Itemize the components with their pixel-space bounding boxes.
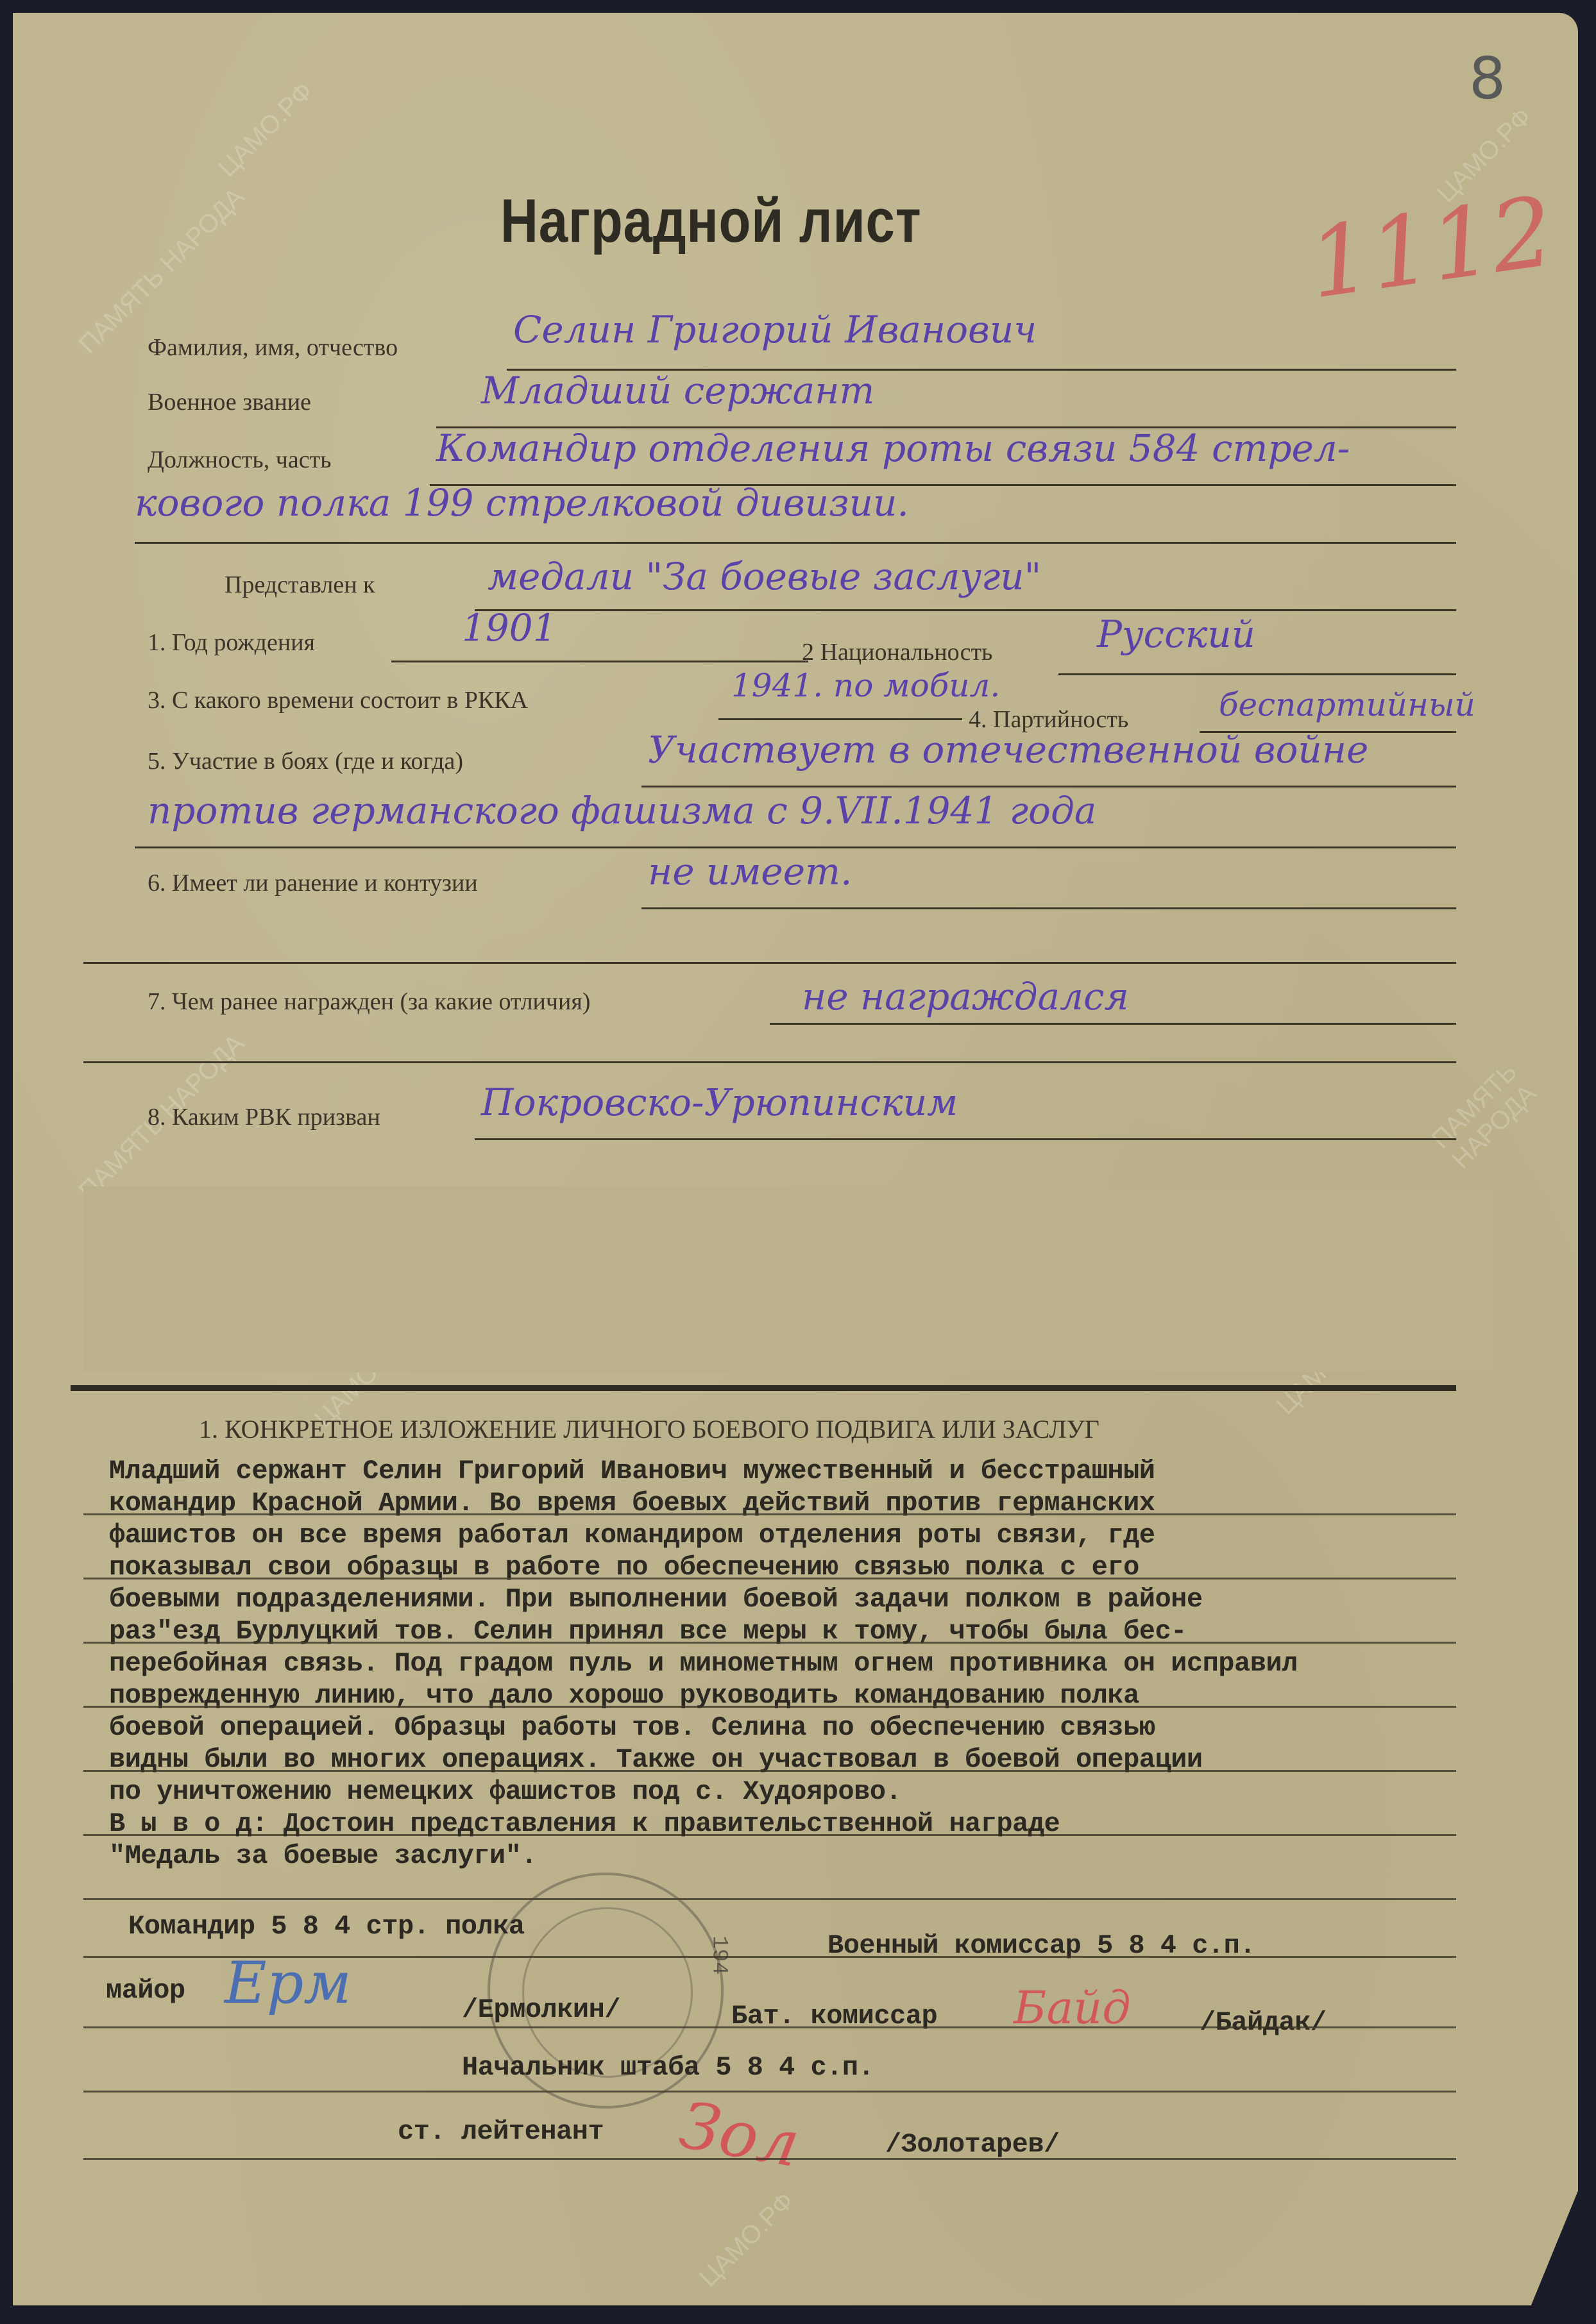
ruled-line xyxy=(83,1578,1456,1579)
label-rkka-since: 3. С какого времени состоит в РККА xyxy=(148,686,528,714)
redacted-area xyxy=(83,1186,1495,1372)
commander-title: Командир 5 8 4 стр. полка xyxy=(128,1911,525,1942)
typed-line: боевой операцией. Образцы работы тов. Се… xyxy=(109,1712,1155,1743)
seal-year: 194 xyxy=(707,1935,731,1975)
value-rkka-since: 1941. по мобил. xyxy=(731,667,1000,704)
typed-line: Младший сержант Селин Григорий Иванович … xyxy=(109,1456,1155,1486)
label-birth-year: 1. Год рождения xyxy=(148,628,315,657)
value-wounds: не имеет. xyxy=(648,850,853,893)
label-wounds: 6. Имеет ли ранение и контузии xyxy=(148,869,478,897)
ruled-line xyxy=(83,2026,1456,2028)
ruled-line xyxy=(83,2091,1456,2092)
value-battles-cont: против германского фашизма с 9.VII.1941 … xyxy=(148,789,1096,832)
underline xyxy=(641,786,1456,787)
value-prior-awards: не награждался xyxy=(802,975,1129,1018)
ruled-line xyxy=(83,1898,1456,1900)
value-party: беспартийный xyxy=(1219,686,1475,723)
ruled-line xyxy=(83,2158,1456,2160)
chief-signature: Зол xyxy=(674,2087,805,2182)
ruled-line xyxy=(83,1642,1456,1644)
value-rank: Младший сержант xyxy=(481,369,874,412)
ruled-line xyxy=(83,1770,1456,1772)
underline xyxy=(770,1023,1456,1025)
typed-line: "Медаль за боевые заслуги". xyxy=(109,1840,537,1871)
value-nationality: Русский xyxy=(1097,612,1255,656)
commander-rank: майор xyxy=(106,1975,185,2006)
watermark: ПАМЯТЬ НАРОДА xyxy=(74,183,251,360)
watermark: ЦАМО.РФ xyxy=(213,77,319,183)
ruled-line xyxy=(83,1706,1456,1708)
award-sheet-paper: ПАМЯТЬ НАРОДА ЦАМО.РФ ЦАМО.РФ ПАМЯТЬ НАР… xyxy=(13,13,1578,2305)
document-title: Наградной лист xyxy=(500,186,922,257)
underline xyxy=(391,661,808,662)
typed-line: перебойная связь. Под градом пуль и мино… xyxy=(109,1648,1298,1679)
underline xyxy=(475,1138,1456,1140)
chief-rank: ст. лейтенант xyxy=(398,2116,604,2147)
underline xyxy=(1058,673,1456,675)
underline xyxy=(135,846,1456,848)
typed-line: боевыми подразделениями. При выполнении … xyxy=(109,1584,1203,1615)
label-rank: Военное звание xyxy=(148,388,311,416)
watermark: ЦАМО.РФ xyxy=(694,2187,800,2293)
commander-signature: Ерм xyxy=(225,1949,352,2017)
typed-line: по уничтожению немецких фашистов под с. … xyxy=(109,1776,901,1807)
ruled-line xyxy=(83,1834,1456,1836)
label-battles: 5. Участие в боях (где и когда) xyxy=(148,747,463,775)
section1-heading: 1. КОНКРЕТНОЕ ИЗЛОЖЕНИЕ ЛИЧНОГО БОЕВОГО … xyxy=(199,1414,1099,1444)
commander-name: /Ермолкин/ xyxy=(462,1994,620,2025)
value-position: Командир отделения роты связи 584 стрел- xyxy=(436,426,1350,470)
value-position-cont: кового полка 199 стрелковой дивизии. xyxy=(135,481,909,525)
value-rvk: Покровско-Урюпинским xyxy=(481,1081,958,1124)
page-number: 8 xyxy=(1469,45,1506,112)
underline xyxy=(135,542,1456,544)
typed-line: фашистов он все время работал командиром… xyxy=(109,1520,1155,1551)
label-nominated-for: Представлен к xyxy=(225,571,375,599)
label-full-name: Фамилия, имя, отчество xyxy=(148,333,398,362)
value-full-name: Селин Григорий Иванович xyxy=(513,308,1037,351)
ruled-line xyxy=(83,1513,1456,1515)
red-registry-number: 1112 xyxy=(1302,176,1560,320)
underline xyxy=(83,962,1456,964)
underline xyxy=(718,718,962,720)
section-divider xyxy=(71,1385,1456,1391)
label-prior-awards: 7. Чем ранее награжден (за какие отличия… xyxy=(148,988,590,1016)
label-rvk: 8. Каким РВК призван xyxy=(148,1103,380,1131)
watermark: ПАМЯТЬ НАРОДА xyxy=(1426,1025,1575,1174)
underline xyxy=(83,1061,1456,1063)
value-birth-year: 1901 xyxy=(462,606,557,650)
chief-name: /Золотарев/ xyxy=(885,2129,1060,2160)
commissar-name: /Байдак/ xyxy=(1200,2007,1327,2038)
underline xyxy=(641,907,1456,909)
label-nationality: 2 Национальность xyxy=(802,638,992,666)
chief-title: Начальник штаба 5 8 4 с.п. xyxy=(462,2052,874,2083)
value-nominated-for: медали "За боевые заслуги" xyxy=(488,555,1041,598)
underline xyxy=(475,609,1456,611)
value-battles: Участвует в отечественной войне xyxy=(648,728,1368,771)
label-position: Должность, часть xyxy=(148,446,332,474)
